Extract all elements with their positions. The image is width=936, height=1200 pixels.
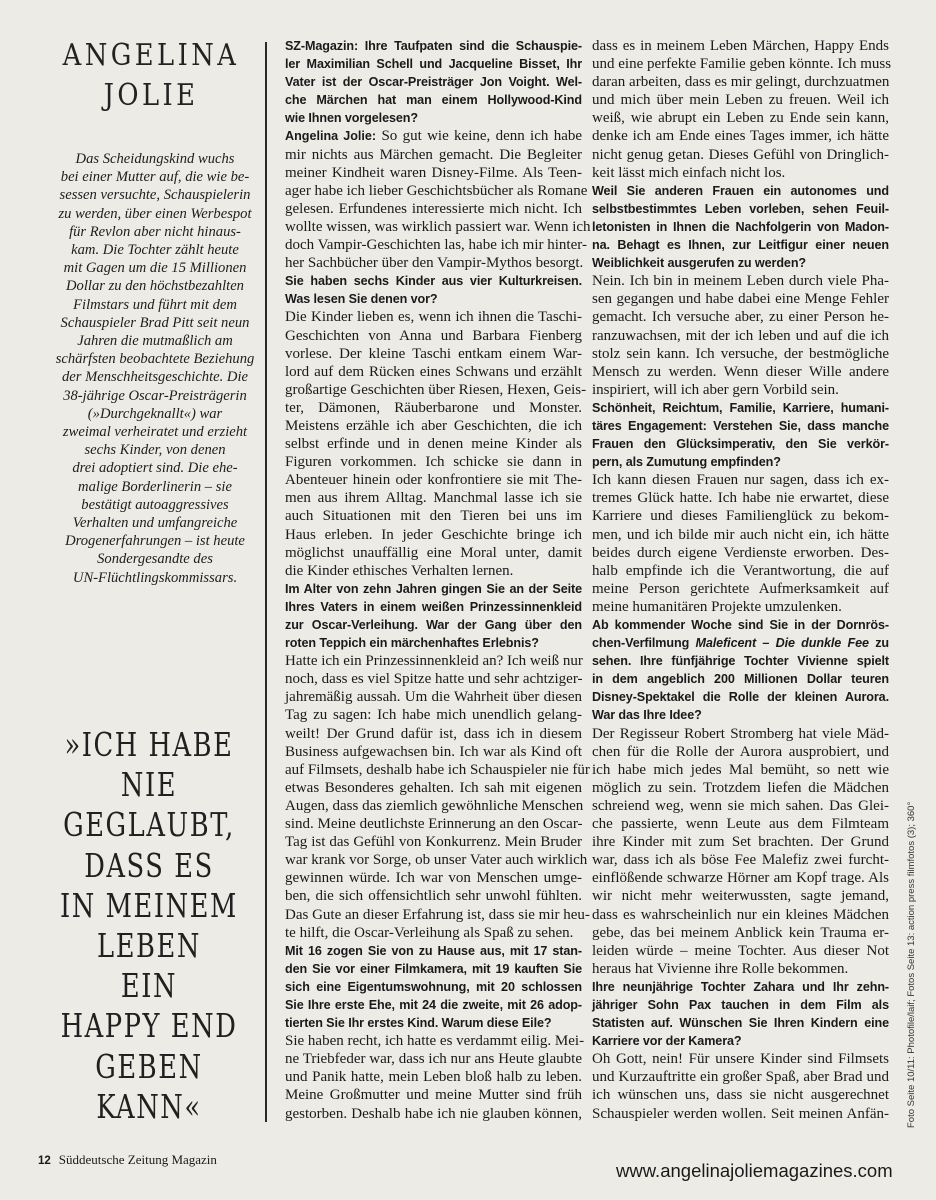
title-line: JOLIE [56, 76, 247, 116]
answer-line: ne Triebfeder war, dass ich nur ans Heut… [285, 1050, 582, 1068]
line-text: doch Vampir-Geschichten las, habe ich mi… [285, 237, 587, 253]
line-text: che passierte, wenn Leute aus dem Filmte… [592, 816, 889, 832]
question-line: zur Oscar-Verleihung. War der Gang über … [285, 616, 582, 634]
pull-quote: »ICH HABENIEGEGLAUBT,DASS ESIN MEINEMLEB… [34, 725, 264, 1127]
line-text: ich habe mich jedes Mal bemüht, so nett … [592, 762, 889, 778]
line-text: Figuren vorkommen. Ich schicke sie dann … [285, 454, 582, 470]
line-text: Statisten auf. Wünschen Sie Ihren Kinder… [592, 1016, 889, 1030]
answer-line: Ich kann diesen Frauen nur sagen, dass i… [592, 471, 889, 489]
intro-line: 38-jährige Oscar-Preisträgerin [48, 387, 262, 405]
question-line: che Märchen hat man einem Hollywood-Kind [285, 91, 582, 109]
answer-line: nicht genug getan. Dieses Gefühl von Dri… [592, 146, 889, 164]
answer-line: noch, dass es viel Spitze hatte und sehr… [285, 670, 582, 688]
line-text: ne Triebfeder war, dass ich nur ans Heut… [285, 1051, 582, 1067]
answer-line: Tag zu sagen: Ich habe mich unendlich ge… [285, 706, 582, 724]
line-text: Das Gute an dieser Erfahrung ist, dass s… [285, 907, 590, 923]
line-text: Schönheit, Reichtum, Familie, Karriere, … [592, 401, 889, 415]
answer-line: weilt! Der Grund dafür ist, dass ich in … [285, 725, 582, 743]
line-text: jahremäßig aussah. Um die Wahrheit über … [285, 689, 582, 705]
question-line: Statisten auf. Wünschen Sie Ihren Kinder… [592, 1014, 889, 1032]
answer-line: jahremäßig aussah. Um die Wahrheit über … [285, 688, 582, 706]
line-text: auf Filmsets, deshalb habe ich Schauspie… [285, 762, 590, 778]
line-text: roten Teppich ein märchenhaftes Erlebnis… [285, 636, 539, 650]
question-line: Sie Ihre erste Ehe, mit 24 die zweite, m… [285, 996, 582, 1014]
line-text: Sie Ihre erste Ehe, mit 24 die zweite, m… [285, 998, 582, 1012]
column-divider [265, 42, 267, 1122]
answer-line: keit lässt mich einfach nicht los. [592, 164, 889, 182]
line-text: wie Ihnen vorgelesen? [285, 111, 418, 125]
answer-line: Abenteuer hinein oder konfrontiere sie m… [285, 471, 582, 489]
line-text: nicht genug getan. Dieses Gefühl von Dri… [592, 147, 889, 163]
intro-line: UN-Flüchtlingskommissars. [48, 569, 262, 587]
intro-line: Drogenerfahrungen – ist heute [48, 532, 262, 550]
answer-line: Sie haben recht, ich hatte es verdammt e… [285, 1032, 582, 1050]
line-text: noch, dass es viel Spitze hatte und sehr… [285, 671, 583, 687]
intro-line: bei einer Mutter auf, die wie be- [48, 168, 262, 186]
answer-line: heraus hat Vivienne ihre Rolle bekommen. [592, 960, 889, 978]
publication-name: Süddeutsche Zeitung Magazin [59, 1152, 217, 1167]
line-text: mir nichts aus Märchen gemacht. Die Begl… [285, 147, 582, 163]
line-text: gemacht. Ich versuche aber, zu einer Per… [592, 309, 889, 325]
line-text: selbstbestimmtes Leben vorleben, sehen F… [592, 202, 889, 216]
answer-line: Karriere und dieses Familienglück zu bek… [592, 507, 889, 525]
line-text: chen-Verfilmung [592, 636, 689, 650]
line-text: weilt! Der Grund dafür ist, dass ich in … [285, 726, 582, 742]
line-text: die Kinder ethisches Verhalten lernen. [285, 563, 513, 579]
answer-line: beides durch eigene Verdienste erworben.… [592, 544, 889, 562]
line-text: keit lässt mich einfach nicht los. [592, 165, 785, 181]
line-text: vorlese. Der kleine Taschi entkam einem … [285, 346, 582, 362]
answer-line: wollte wissen, was wirklich passiert war… [285, 218, 582, 236]
question-line: chen-Verfilmung Maleficent – Die dunkle … [592, 634, 889, 652]
question-line: pern, als Zumutung empfinden? [592, 453, 889, 471]
question-line: letonisten in Ihnen die Nachfolgerin von… [592, 218, 889, 236]
question-line: jähriger Sohn Pax tauchen in dem Film al… [592, 996, 889, 1014]
answer-line: Schauspieler werden wollen. Seit meinen … [592, 1105, 889, 1123]
line-text: und mich über mein Leben zu freuen. Weil… [592, 92, 889, 108]
pull-quote-line: NIE [59, 765, 238, 805]
line-text: Ihre neunjährige Tochter Zahara und Ihr … [592, 980, 889, 994]
line-text: auch Situationen mit den Tieren bei uns … [285, 508, 582, 524]
line-text: sich eine Eigentumswohnung, mit 20 schlo… [285, 980, 582, 994]
answer-line: dass es wahrscheinlich nur ein kleines M… [592, 906, 889, 924]
line-text: stolz sein kann. Ich versuche, der bestm… [592, 346, 889, 362]
answer-line: war, dass ich als böse Fee Malefiz zwei … [592, 851, 889, 869]
intro-line: Das Scheidungskind wuchs [48, 150, 262, 168]
pull-quote-line: KANN« [59, 1087, 238, 1127]
answer-line: daran arbeiten, dass es mir gelingt, dur… [592, 73, 889, 91]
question-line: selbstbestimmtes Leben vorleben, sehen F… [592, 200, 889, 218]
line-text: Weil Sie anderen Frauen ein autonomes un… [592, 184, 889, 198]
answer-line: che passierte, wenn Leute aus dem Filmte… [592, 815, 889, 833]
line-text: heraus hat Vivienne ihre Rolle bekommen. [592, 961, 848, 977]
page-title: ANGELINA JOLIE [56, 36, 247, 116]
answer-line: mir nichts aus Märchen gemacht. Die Begl… [285, 146, 582, 164]
line-text: ager habe ich lieber Geschichtsbücher al… [285, 183, 587, 199]
line-text: Business aufgewachsen bin. Ich war als K… [285, 744, 582, 760]
answer-line: doch Vampir-Geschichten las, habe ich mi… [285, 236, 582, 254]
answer-line: und mich über mein Leben zu freuen. Weil… [592, 91, 889, 109]
line-text: ter, Dämonen, Räuberbarone und Monster. [285, 400, 582, 416]
question-line: Sie haben sechs Kinder aus vier Kulturkr… [285, 272, 582, 290]
intro-line: schärfsten beobachtete Beziehung [48, 350, 262, 368]
photo-credit: Foto Seite 10/11: Photofile/laif; Fotos … [906, 802, 917, 1128]
answer-line: Das Gute an dieser Erfahrung ist, dass s… [285, 906, 582, 924]
answer-line: Augen, dass das ziemlich gewöhnliche Men… [285, 797, 582, 815]
intro-line: zweimal verheiratet und erzieht [48, 423, 262, 441]
line-text: Schauspieler werden wollen. Seit meinen … [592, 1106, 889, 1122]
answer-line: etwas Besonderes gehalten. Ich sah mit e… [285, 779, 582, 797]
pull-quote-line: DASS ES [59, 846, 238, 886]
question-line: Im Alter von zehn Jahren gingen Sie an d… [285, 580, 582, 598]
answer-line: schreiend weg, wenn sie mich sahen. Das … [592, 797, 889, 815]
line-text: Meistens erzähle ich aber Geschichten, d… [285, 418, 582, 434]
answer-line: weiß, wie abrupt ein Leben zu Ende sein … [592, 109, 889, 127]
answer-line: stolz sein kann. Ich versuche, der bestm… [592, 345, 889, 363]
line-text: che Märchen hat man einem Hollywood-Kind [285, 93, 582, 107]
intro-line: Verhalten und umfangreiche [48, 514, 262, 532]
line-text: Meine Großmutter und meine Mutter sind f… [285, 1087, 582, 1103]
line-text: Sie haben sechs Kinder aus vier Kulturkr… [285, 274, 582, 288]
line-text: Frauen den Glücksimperativ, den Sie verk… [592, 437, 889, 451]
title-line: ANGELINA [56, 36, 247, 76]
page-footer: 12Süddeutsche Zeitung Magazin [38, 1152, 217, 1168]
answer-line: auf Filmsets, deshalb habe ich Schauspie… [285, 761, 582, 779]
line-text: te hilft, die Oscar-Verleihung als Spaß … [285, 925, 573, 941]
line-text: großartige Geschichten über Riesen, Hexe… [285, 382, 586, 398]
magazine-page: ANGELINA JOLIE Das Scheidungskind wuchsb… [0, 0, 936, 1200]
line-text: Tag ist das Gefühl von Konkurrenz. Mein … [285, 834, 582, 850]
question-line: Ab kommender Woche sind Sie in der Dornr… [592, 616, 889, 634]
question-line: ler Maximilian Schell und Jacqueline Bis… [285, 55, 582, 73]
line-text: her Sachbücher über den Vampir-Mythos be… [285, 255, 583, 271]
line-text: Abenteuer hinein oder konfrontiere sie m… [285, 472, 582, 488]
intro-line: zu werden, über einen Werbespot [48, 205, 262, 223]
line-text: sehen. Ihre fünfjährige Tochter Vivienne… [592, 654, 889, 668]
line-text: gelesen. Erfundenes interessierte mich n… [285, 201, 582, 217]
answer-line: Hatte ich ein Prinzessinnenkleid an? Ich… [285, 652, 582, 670]
line-text: Sie haben recht, ich hatte es verdammt e… [285, 1033, 584, 1049]
line-text: Geschichten von Anna und Barbara Fienber… [285, 328, 582, 344]
answer-line: sen gegangen und habe dabei eine Menge F… [592, 290, 889, 308]
answer-line: meine humanitären Projekte umzulenken. [592, 598, 889, 616]
line-text: ihre Kinder mit zum Set brachten. Der Gr… [592, 834, 889, 850]
interview-column-right: dass es in meinem Leben Märchen, Happy E… [592, 37, 889, 1123]
answer-line: gestorben. Deshalb habe ich nie glauben … [285, 1105, 582, 1123]
answer-line: möglich zu sein. Trotzdem liefen die Mäd… [592, 779, 889, 797]
line-text: gebe, das bei meinem Anblick kein Trauma… [592, 925, 889, 941]
answer-line: inspiriert, will ich aber gern Vorbild s… [592, 381, 889, 399]
answer-line: und Panik hatte, mein Leben bloß halb zu… [285, 1068, 582, 1086]
answer-line: und eine perfekte Familie geben könnte. … [592, 55, 889, 73]
question-line: War das Ihre Idee? [592, 706, 889, 724]
answer-line: chen für die Rolle der Aurora ausprobier… [592, 743, 889, 761]
answer-line: Tag ist das Gefühl von Konkurrenz. Mein … [285, 833, 582, 851]
line-text: Hatte ich ein Prinzessinnenkleid an? Ich… [285, 653, 583, 669]
answer-line: gewinnen würde. Ich war von Menschen umg… [285, 869, 582, 887]
question-line: roten Teppich ein märchenhaftes Erlebnis… [285, 634, 582, 652]
intro-line: drei adoptiert sind. Die ehe- [48, 459, 262, 477]
line-text: Haus erleben. In jeder Geschichte bringe… [285, 527, 582, 543]
line-text: So gut wie keine, denn ich habe [381, 128, 582, 144]
question-line: sich eine Eigentumswohnung, mit 20 schlo… [285, 978, 582, 996]
intro-line: Dollar zu den höchstbezahlten [48, 277, 262, 295]
intro-line: Jahren die mutmaßlich am [48, 332, 262, 350]
answer-line: sind. Meine deutlichste Erinnerung an de… [285, 815, 582, 833]
line-text: beides durch eigene Verdienste erworben.… [592, 545, 889, 561]
intro-line: (»Durchgeknallt«) war [48, 405, 262, 423]
answer-line: halb empfinde ich die Verantwortung, die… [592, 562, 889, 580]
question-line: tierten Sie Ihr erstes Kind. Warum diese… [285, 1014, 582, 1032]
line-text: na. Behagt es Ihnen, zur Leitfigur einer… [592, 238, 889, 252]
line-text: in dem angeblich 200 Millionen Dollar te… [592, 672, 889, 686]
sidebar: ANGELINA JOLIE Das Scheidungskind wuchsb… [40, 30, 262, 587]
line-text: sind. Meine deutlichste Erinnerung an de… [285, 816, 583, 832]
line-text: täres Engagement: Verstehen Sie, dass ma… [592, 419, 889, 433]
question-line: täres Engagement: Verstehen Sie, dass ma… [592, 417, 889, 435]
question-line: Was lesen Sie denen vor? [285, 290, 582, 308]
answer-line: Haus erleben. In jeder Geschichte bringe… [285, 526, 582, 544]
question-line: Frauen den Glücksimperativ, den Sie verk… [592, 435, 889, 453]
answer-line: dass es in meinem Leben Märchen, Happy E… [592, 37, 889, 55]
line-text: wir nicht mehr weiterwussten, sagte jema… [592, 888, 889, 904]
question-line: Ihre neunjährige Tochter Zahara und Ihr … [592, 978, 889, 996]
line-text: pern, als Zumutung empfinden? [592, 455, 781, 469]
answer-line: ranzuwachsen, mit der ich leben und auf … [592, 327, 889, 345]
intro-line: für Revlon aber nicht hinaus- [48, 223, 262, 241]
answer-line: ihre Kinder mit zum Set brachten. Der Gr… [592, 833, 889, 851]
answer-line: te hilft, die Oscar-Verleihung als Spaß … [285, 924, 582, 942]
question-line: SZ-Magazin: Ihre Taufpaten sind die Scha… [285, 37, 582, 55]
answer-line: ich habe mich jedes Mal bemüht, so nett … [592, 761, 889, 779]
line-text: dass es in meinem Leben Märchen, Happy E… [592, 38, 889, 54]
line-text: Tag zu sagen: Ich habe mich unendlich ge… [285, 707, 582, 723]
answer-line: ben, die sich offensichtlich sehr unwohl… [285, 887, 582, 905]
line-text: meine Person gerichtete Aufmerksamkeit a… [592, 581, 889, 597]
line-text: Vater ist der Oscar-Preisträger Jon Voig… [285, 75, 582, 89]
line-text: Mit 16 zogen Sie von zu Hause aus, mit 1… [285, 944, 582, 958]
pull-quote-line: GEBEN [59, 1047, 238, 1087]
line-text: chen für die Rolle der Aurora ausprobier… [592, 744, 889, 760]
answer-line: gelesen. Erfundenes interessierte mich n… [285, 200, 582, 218]
answer-line: Meine Großmutter und meine Mutter sind f… [285, 1086, 582, 1104]
question-line: Karriere vor der Kamera? [592, 1032, 889, 1050]
question-line: Ihres Vaters in einem weißen Prinzessinn… [285, 598, 582, 616]
line-text: wollte wissen, was wirklich passiert war… [285, 219, 591, 235]
intro-line: sechs Kinder, von denen [48, 441, 262, 459]
pull-quote-line: EIN [59, 966, 238, 1006]
answer-line: Oh Gott, nein! Für unsere Kinder sind Fi… [592, 1050, 889, 1068]
answer-line: wir nicht mehr weiterwussten, sagte jema… [592, 887, 889, 905]
intro-line: Sondergesandte des [48, 550, 262, 568]
line-text: ranzuwachsen, mit der ich leben und auf … [592, 328, 889, 344]
pull-quote-line: IN MEINEM [59, 886, 238, 926]
line-text: Der Regisseur Robert Stromberg hat viele… [592, 726, 889, 742]
intro-line: der Menschheitsgeschichte. Die [48, 368, 262, 386]
answer-line: die Kinder ethisches Verhalten lernen. [285, 562, 582, 580]
line-text: einflößende schwarze Hörner am Kopf trag… [592, 870, 889, 886]
line-text: und Panik hatte, mein Leben bloß halb zu… [285, 1069, 582, 1085]
question-line: Weiblichkeit ausgerufen zu werden? [592, 254, 889, 272]
intro-line: malige Borderlinerin – sie [48, 478, 262, 496]
answer-line: und Kurzauftritte ein großer Spaß, aber … [592, 1068, 889, 1086]
intro-line: Schauspieler Brad Pitt seit neun [48, 314, 262, 332]
line-text: zur Oscar-Verleihung. War der Gang über … [285, 618, 582, 632]
answer-line: Meistens erzähle ich aber Geschichten, d… [285, 417, 582, 435]
line-text: Ihres Vaters in einem weißen Prinzessinn… [285, 600, 582, 614]
line-text: daran arbeiten, dass es mir gelingt, dur… [592, 74, 889, 90]
answer-line: Die Kinder lieben es, wenn ich ihnen die… [285, 308, 582, 326]
line-text: Ich kann diesen Frauen nur sagen, dass i… [592, 472, 889, 488]
line-text: den Sie vor einer Filmkamera, mit 19 kau… [285, 962, 582, 976]
answer-line: lord auf dem Rücken eines Schwans und er… [285, 363, 582, 381]
speaker-label: Angelina Jolie: [285, 129, 376, 143]
answer-line: vorlese. Der kleine Taschi entkam einem … [285, 345, 582, 363]
answer-line: Figuren vorkommen. Ich schicke sie dann … [285, 453, 582, 471]
film-title: Maleficent – Die dunkle Fee [695, 636, 868, 650]
line-text: zu [875, 636, 889, 650]
answer-line: Angelina Jolie: So gut wie keine, denn i… [285, 127, 582, 145]
line-text: tremes Glück hatte. Ich habe nie erwarte… [592, 490, 889, 506]
question-line: na. Behagt es Ihnen, zur Leitfigur einer… [592, 236, 889, 254]
question-line: Schönheit, Reichtum, Familie, Karriere, … [592, 399, 889, 417]
intro-text: Das Scheidungskind wuchsbei einer Mutter… [40, 150, 262, 587]
intro-line: sessen versuchte, Schauspielerin [48, 186, 262, 204]
line-text: Was lesen Sie denen vor? [285, 292, 438, 306]
line-text: möglichst unauffällig eine Moral unter, … [285, 545, 582, 561]
line-text: Karriere und dieses Familienglück zu bek… [592, 508, 889, 524]
line-text: halb empfinde ich die Verantwortung, die… [592, 563, 889, 579]
answer-line: denke ich am Ende eines Tages immer, ich… [592, 127, 889, 145]
answer-line: gemacht. Ich versuche aber, zu einer Per… [592, 308, 889, 326]
line-text: gestorben. Deshalb habe ich nie glauben … [285, 1106, 582, 1122]
line-text: war, dass ich als böse Fee Malefiz zwei … [592, 852, 889, 868]
line-text: Ab kommender Woche sind Sie in der Dornr… [592, 618, 889, 632]
line-text: leiden würde – meine Tochter. Aus dieser… [592, 943, 889, 959]
line-text: ich wünschen uns, dass sie nicht ausgere… [592, 1087, 889, 1103]
answer-line: ich wünschen uns, dass sie nicht ausgere… [592, 1086, 889, 1104]
question-line: sehen. Ihre fünfjährige Tochter Vivienne… [592, 652, 889, 670]
answer-line: men, und ich bilde mir auch nicht ein, i… [592, 526, 889, 544]
line-text: weiß, wie abrupt ein Leben zu Ende sein … [592, 110, 889, 126]
intro-line: kam. Die Tochter zählt heute [48, 241, 262, 259]
line-text: SZ-Magazin: Ihre Taufpaten sind die Scha… [285, 39, 582, 53]
line-text: ler Maximilian Schell und Jacqueline Bis… [285, 57, 582, 71]
question-line: wie Ihnen vorgelesen? [285, 109, 582, 127]
line-text: men aus ihrem Alltag. Manchmal lasse ich… [285, 490, 582, 506]
line-text: meiner Kindheit waren Disney-Filme. Als … [285, 165, 582, 181]
line-text: denke ich am Ende eines Tages immer, ich… [592, 128, 889, 144]
pull-quote-line: HAPPY END [59, 1006, 238, 1046]
line-text: ben, die sich offensichtlich sehr unwohl… [285, 888, 582, 904]
answer-line: großartige Geschichten über Riesen, Hexe… [285, 381, 582, 399]
line-text: möglich zu sein. Trotzdem liefen die Mäd… [592, 780, 889, 796]
line-text: gewinnen würde. Ich war von Menschen umg… [285, 870, 582, 886]
answer-line: selbst erfinde und in denen meine Kinder… [285, 435, 582, 453]
pull-quote-line: »ICH HABE [59, 725, 238, 765]
line-text: Die Kinder lieben es, wenn ich ihnen die… [285, 309, 582, 325]
line-text: meine humanitären Projekte umzulenken. [592, 599, 842, 615]
line-text: War das Ihre Idee? [592, 708, 702, 722]
answer-line: auch Situationen mit den Tieren bei uns … [285, 507, 582, 525]
question-line: Disney-Spektakel die Rolle der kleinen A… [592, 688, 889, 706]
line-text: schreiend weg, wenn sie mich sahen. Das … [592, 798, 889, 814]
question-line: in dem angeblich 200 Millionen Dollar te… [592, 670, 889, 688]
line-text: lord auf dem Rücken eines Schwans und er… [285, 364, 582, 380]
line-text: Augen, dass das ziemlich gewöhnliche Men… [285, 798, 583, 814]
line-text: Karriere vor der Kamera? [592, 1034, 742, 1048]
page-number: 12 [38, 1155, 51, 1167]
line-text: tierten Sie Ihr erstes Kind. Warum diese… [285, 1016, 551, 1030]
line-text: jähriger Sohn Pax tauchen in dem Film al… [592, 998, 889, 1012]
answer-line: meine Person gerichtete Aufmerksamkeit a… [592, 580, 889, 598]
answer-line: möglichst unauffällig eine Moral unter, … [285, 544, 582, 562]
answer-line: men aus ihrem Alltag. Manchmal lasse ich… [285, 489, 582, 507]
answer-line: Mensch zu werden. Wenn dieser Wille ande… [592, 363, 889, 381]
line-text: sen gegangen und habe dabei eine Menge F… [592, 291, 889, 307]
line-text: und eine perfekte Familie geben könnte. … [592, 56, 891, 72]
intro-line: Filmstars und führt mit dem [48, 296, 262, 314]
answer-line: ter, Dämonen, Räuberbarone und Monster. [285, 399, 582, 417]
question-line: den Sie vor einer Filmkamera, mit 19 kau… [285, 960, 582, 978]
line-text: war krank vor Sorge, ob unser Vater auch… [285, 852, 587, 868]
question-line: Weil Sie anderen Frauen ein autonomes un… [592, 182, 889, 200]
answer-line: tremes Glück hatte. Ich habe nie erwarte… [592, 489, 889, 507]
line-text: etwas Besonderes gehalten. Ich sah mit e… [285, 780, 582, 796]
answer-line: einflößende schwarze Hörner am Kopf trag… [592, 869, 889, 887]
answer-line: her Sachbücher über den Vampir-Mythos be… [285, 254, 582, 272]
line-text: Disney-Spektakel die Rolle der kleinen A… [592, 690, 889, 704]
answer-line: meiner Kindheit waren Disney-Filme. Als … [285, 164, 582, 182]
answer-line: gebe, das bei meinem Anblick kein Trauma… [592, 924, 889, 942]
line-text: Im Alter von zehn Jahren gingen Sie an d… [285, 582, 582, 596]
answer-line: war krank vor Sorge, ob unser Vater auch… [285, 851, 582, 869]
pull-quote-line: GEGLAUBT, [59, 805, 238, 845]
intro-line: mit Gagen um die 15 Millionen [48, 259, 262, 277]
line-text: inspiriert, will ich aber gern Vorbild s… [592, 382, 839, 398]
answer-line: Business aufgewachsen bin. Ich war als K… [285, 743, 582, 761]
line-text: dass es wahrscheinlich nur ein kleines M… [592, 907, 889, 923]
line-text: Weiblichkeit ausgerufen zu werden? [592, 256, 806, 270]
intro-line: bestätigt autoaggressives [48, 496, 262, 514]
answer-line: leiden würde – meine Tochter. Aus dieser… [592, 942, 889, 960]
line-text: men, und ich bilde mir auch nicht ein, i… [592, 527, 889, 543]
answer-line: ager habe ich lieber Geschichtsbücher al… [285, 182, 582, 200]
pull-quote-line: LEBEN [59, 926, 238, 966]
answer-line: Der Regisseur Robert Stromberg hat viele… [592, 725, 889, 743]
line-text: Nein. Ich bin in meinem Leben durch viel… [592, 273, 889, 289]
line-text: und Kurzauftritte ein großer Spaß, aber … [592, 1069, 889, 1085]
question-line: Vater ist der Oscar-Preisträger Jon Voig… [285, 73, 582, 91]
website-watermark: www.angelinajoliemagazines.com [616, 1160, 893, 1182]
line-text: letonisten in Ihnen die Nachfolgerin von… [592, 220, 889, 234]
line-text: Mensch zu werden. Wenn dieser Wille ande… [592, 364, 889, 380]
answer-line: Nein. Ich bin in meinem Leben durch viel… [592, 272, 889, 290]
line-text: selbst erfinde und in denen meine Kinder… [285, 436, 582, 452]
answer-line: Geschichten von Anna und Barbara Fienber… [285, 327, 582, 345]
line-text: Oh Gott, nein! Für unsere Kinder sind Fi… [592, 1051, 889, 1067]
interview-column-middle: SZ-Magazin: Ihre Taufpaten sind die Scha… [285, 37, 582, 1123]
question-line: Mit 16 zogen Sie von zu Hause aus, mit 1… [285, 942, 582, 960]
